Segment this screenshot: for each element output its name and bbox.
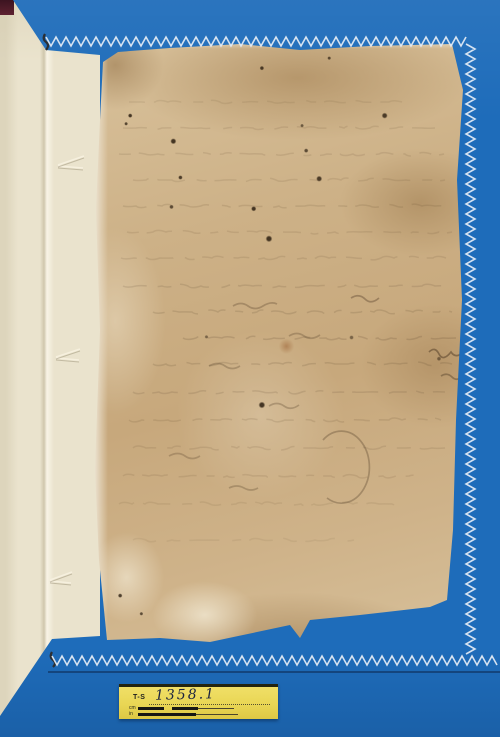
faded-script-line (129, 100, 402, 103)
faded-script-line (119, 502, 405, 506)
mount-flap-shadow (48, 671, 500, 673)
faded-script-line (133, 390, 445, 394)
faded-script-line (123, 126, 435, 130)
faded-script-line (127, 230, 452, 234)
in-unit-label: in (129, 712, 138, 716)
faded-script-line (121, 256, 446, 260)
ink-trace-mark (233, 303, 277, 309)
classmark-label: T-S 1358.1 cm in (119, 684, 278, 719)
ink-trace-mark (269, 404, 299, 409)
faded-script-line (133, 538, 354, 542)
faded-script-line (123, 284, 448, 288)
ink-trace-mark (323, 431, 369, 503)
book-spine-edge (0, 0, 14, 15)
faded-script-line (153, 362, 452, 366)
manuscript-fragment (93, 40, 465, 665)
faded-script-line (119, 153, 444, 156)
binder-photograph: T-S 1358.1 cm in (0, 0, 500, 737)
ink-trace-mark (351, 296, 379, 302)
ink-trace-mark (429, 349, 461, 357)
ink-trace-mark (169, 454, 200, 459)
cm-scale-bar-tail (198, 708, 234, 709)
faded-script-line (123, 474, 422, 478)
faded-script-line (153, 310, 452, 314)
faded-script-line (129, 418, 441, 422)
cm-scale-bar-segment (172, 707, 198, 710)
cm-scale-row: cm (129, 706, 234, 710)
in-scale-bar-tail (196, 714, 238, 715)
faded-script-line (123, 204, 448, 208)
cm-scale-bar-segment (138, 707, 164, 710)
faded-text-traces (93, 40, 465, 665)
in-scale-row: in (129, 712, 238, 716)
ink-trace-mark (229, 486, 258, 490)
in-scale-bar-segment (138, 713, 196, 716)
classmark-prefix: T-S (133, 694, 145, 701)
classmark-number-handwritten: 1358.1 (155, 686, 216, 704)
cm-unit-label: cm (129, 706, 138, 710)
faded-script-line (183, 336, 456, 340)
faded-script-line (133, 178, 445, 182)
faded-script-line (133, 446, 445, 450)
